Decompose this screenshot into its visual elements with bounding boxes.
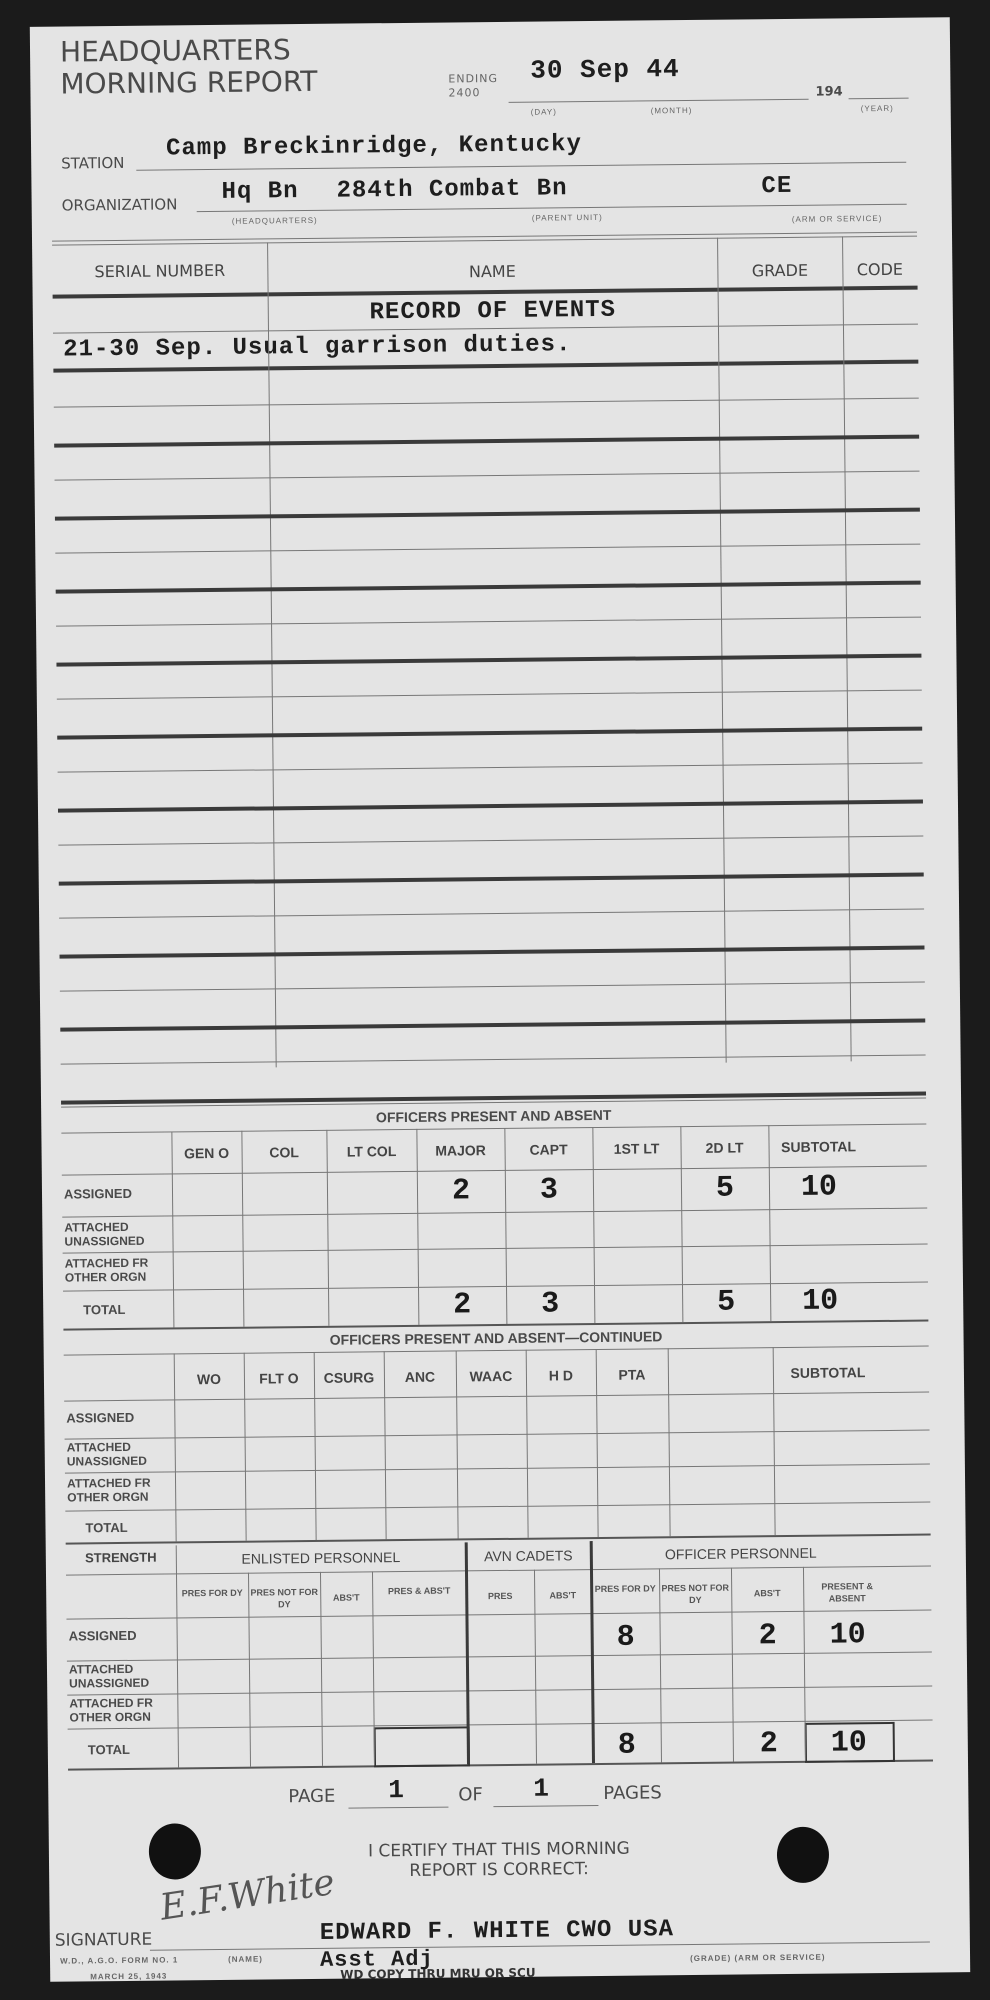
strength-assigned-off-total: 10 <box>804 1618 892 1653</box>
row-label-total: TOTAL <box>83 1302 125 1317</box>
subcol-enl-pres-not-for-dy: PRES NOT FOR DY <box>248 1586 320 1611</box>
page-label: PAGE <box>288 1786 335 1807</box>
day-caption: (DAY) <box>531 107 557 116</box>
col-serial-number: SERIAL NUMBER <box>52 260 267 281</box>
col-csurg: CSURG <box>314 1369 384 1386</box>
ruled-line <box>55 508 920 521</box>
station-label: STATION <box>61 154 124 173</box>
page-total: 1 <box>533 1774 550 1804</box>
officers-total-major: 2 <box>418 1288 506 1323</box>
officers-total-subtotal: 10 <box>770 1284 870 1319</box>
ruled-line <box>60 946 925 959</box>
row-rule <box>62 1208 927 1218</box>
org-parent-unit: 284th Combat Bn <box>336 175 567 204</box>
subcol-enl-abst: ABS'T <box>320 1591 372 1604</box>
year-prefix: 194 <box>815 84 842 99</box>
officers-assigned-major: 2 <box>417 1174 505 1209</box>
date-underline <box>509 99 809 103</box>
ruled-line <box>60 982 925 992</box>
row-label-assigned: ASSIGNED <box>64 1185 172 1201</box>
row-label-total: TOTAL <box>88 1742 130 1757</box>
row-rule <box>65 1464 930 1474</box>
col-blank <box>668 1365 773 1366</box>
row-rule <box>63 1244 928 1254</box>
ending-text: ENDING <box>448 72 498 87</box>
record-of-events-heading: RECORD OF EVENTS <box>268 296 718 328</box>
ruled-line <box>54 435 919 448</box>
col-wo: WO <box>174 1371 244 1388</box>
routing-note: WD COPY THRU MRU OR SCU <box>340 1966 535 1982</box>
col-1st-lt: 1ST LT <box>592 1140 680 1157</box>
organization-label: ORGANIZATION <box>62 195 178 214</box>
row-label-attached-fr-other-orgn: ATTACHED FR OTHER ORGN <box>69 1695 177 1724</box>
row-label-assigned: ASSIGNED <box>69 1628 137 1644</box>
ruled-line <box>61 1055 926 1065</box>
group-officer-personnel: OFFICER PERSONNEL <box>591 1544 891 1563</box>
ruled-line <box>54 398 919 408</box>
title-headquarters: HEADQUARTERS <box>60 34 317 69</box>
col-flt-o: FLT O <box>244 1370 314 1387</box>
col-gen-o: GEN O <box>172 1145 242 1162</box>
org-arm-service: CE <box>761 173 792 200</box>
strength-total-off-pres-for-dy: 8 <box>593 1728 661 1763</box>
ruled-line <box>57 690 922 700</box>
officers-total-2d-lt: 5 <box>682 1285 770 1320</box>
row-rule <box>65 1430 930 1440</box>
title-morning-report: MORNING REPORT <box>60 66 317 101</box>
row-rule <box>65 1502 930 1512</box>
row-label-attached-unassigned: ATTACHED UNASSIGNED <box>69 1661 177 1690</box>
signature-label: SIGNATURE <box>55 1930 153 1951</box>
col-col: COL <box>242 1144 327 1161</box>
strength-assigned-off-abst: 2 <box>732 1619 804 1654</box>
form-title: HEADQUARTERS MORNING REPORT <box>60 34 318 101</box>
report-date: 30 Sep 44 <box>530 54 680 86</box>
officers-assigned-subtotal: 10 <box>769 1170 869 1205</box>
pages-label: PAGES <box>603 1782 662 1804</box>
officers-table: GEN O COL LT COL MAJOR CAPT 1ST LT 2D LT… <box>30 17 950 27</box>
page-number-underline <box>348 1807 448 1809</box>
officers-assigned-capt: 3 <box>505 1173 593 1208</box>
ending-label: ENDING 2400 <box>448 72 498 101</box>
year-caption: (YEAR) <box>861 104 894 113</box>
row-rule <box>67 1652 932 1662</box>
col-divider <box>668 1348 671 1536</box>
col-grade: GRADE <box>717 260 842 280</box>
row-label-attached-fr-other-orgn: ATTACHED FR OTHER ORGN <box>65 1255 173 1284</box>
org-headquarters: Hq Bn <box>221 178 298 206</box>
row-label-attached-fr-other-orgn: ATTACHED FR OTHER ORGN <box>67 1475 175 1504</box>
officers-continued-table: WO FLT O CSURG ANC WAAC H D PTA SUBTOTAL… <box>30 17 950 27</box>
binder-hole-right <box>777 1827 830 1884</box>
organization-underline <box>197 204 907 212</box>
col-h-d: H D <box>526 1367 596 1384</box>
ruled-line <box>60 1019 925 1032</box>
col-anc: ANC <box>384 1368 456 1385</box>
station-value: Camp Breckinridge, Kentucky <box>166 131 582 162</box>
col-lt-col: LT COL <box>327 1143 417 1160</box>
officers-assigned-2d-lt: 5 <box>681 1171 769 1206</box>
ruled-line <box>57 727 922 740</box>
col-major: MAJOR <box>416 1142 504 1159</box>
ruled-line <box>56 617 921 627</box>
signer-name-grade: EDWARD F. WHITE CWO USA <box>320 1916 675 1947</box>
ruled-line <box>58 836 923 846</box>
form-date: MARCH 25, 1943 <box>90 1972 167 1982</box>
ruled-line <box>55 544 920 554</box>
ruled-line <box>56 654 921 667</box>
subcol-off-abst: ABS'T <box>731 1587 803 1600</box>
record-header-rule <box>53 286 918 299</box>
subcol-off-present-and-absent: PRESENT & ABSENT <box>803 1580 891 1605</box>
enl-total-box <box>374 1726 470 1767</box>
name-caption: (NAME) <box>228 1955 263 1964</box>
subcol-off-pres-not-for-dy: PRES NOT FOR DY <box>659 1582 731 1607</box>
col-waac: WAAC <box>456 1368 526 1385</box>
strength-bottom-rule <box>68 1760 933 1771</box>
col-divider <box>176 1545 179 1767</box>
ruled-line <box>56 581 921 594</box>
col-pta: PTA <box>596 1366 668 1383</box>
col-2d-lt: 2D LT <box>680 1139 768 1156</box>
row-label-attached-unassigned: ATTACHED UNASSIGNED <box>64 1219 172 1248</box>
subcol-cadets-pres: PRES <box>466 1590 534 1603</box>
year-underline <box>849 98 909 100</box>
col-capt: CAPT <box>504 1141 592 1158</box>
strength-assigned-off-pres-for-dy: 8 <box>592 1620 660 1655</box>
col-code: CODE <box>842 260 917 280</box>
strength-table: STRENGTH ENLISTED PERSONNEL AVN CADETS O… <box>30 17 950 27</box>
subcol-off-pres-for-dy: PRES FOR DY <box>591 1582 659 1595</box>
ending-time: 2400 <box>448 86 498 101</box>
ruled-line <box>59 909 924 919</box>
row-label-assigned: ASSIGNED <box>66 1410 134 1426</box>
morning-report-form: HEADQUARTERS MORNING REPORT ENDING 2400 … <box>30 17 970 1982</box>
row-rule <box>64 1392 929 1402</box>
grade-caption: (GRADE) (ARM OR SERVICE) <box>690 1953 826 1963</box>
page-total-underline <box>493 1805 598 1807</box>
binder-hole-left <box>149 1823 202 1880</box>
strength-label: STRENGTH <box>66 1549 176 1565</box>
caption-headquarters: (HEADQUARTERS) <box>232 216 318 226</box>
row-label-total: TOTAL <box>85 1520 127 1535</box>
officers-continued-bottom-rule <box>66 1534 931 1545</box>
group-avn-cadets: AVN CADETS <box>466 1547 591 1564</box>
caption-parent-unit: (PARENT UNIT) <box>532 213 603 223</box>
row-rule <box>67 1686 932 1696</box>
row-label-attached-unassigned: ATTACHED UNASSIGNED <box>67 1439 175 1468</box>
subcol-enl-pres-and-abst: PRES & ABS'T <box>372 1584 466 1597</box>
ruled-line <box>59 873 924 886</box>
col-subtotal: SUBTOTAL <box>768 1138 868 1155</box>
station-underline <box>136 162 906 171</box>
subcol-enl-pres-for-dy: PRES FOR DY <box>176 1587 248 1600</box>
of-label: OF <box>458 1784 483 1805</box>
group-enlisted-personnel: ENLISTED PERSONNEL <box>176 1548 466 1567</box>
ruled-line <box>58 800 923 813</box>
col-name: NAME <box>267 260 717 284</box>
officers-total-capt: 3 <box>506 1287 594 1322</box>
subcol-cadets-abst: ABS'T <box>534 1589 591 1602</box>
ruled-line <box>55 471 920 481</box>
record-entry: 21-30 Sep. Usual garrison duties. <box>63 331 572 363</box>
month-caption: (MONTH) <box>651 106 693 115</box>
officer-total-box <box>805 1722 895 1763</box>
form-number: W.D., A.G.O. FORM NO. 1 <box>60 1955 178 1965</box>
strength-total-off-abst: 2 <box>733 1727 805 1762</box>
col-divider <box>372 1571 375 1765</box>
ruled-line <box>58 763 923 773</box>
page-number: 1 <box>388 1775 405 1805</box>
caption-arm-service: (ARM OR SERVICE) <box>792 214 883 224</box>
col-subtotal: SUBTOTAL <box>773 1364 883 1381</box>
